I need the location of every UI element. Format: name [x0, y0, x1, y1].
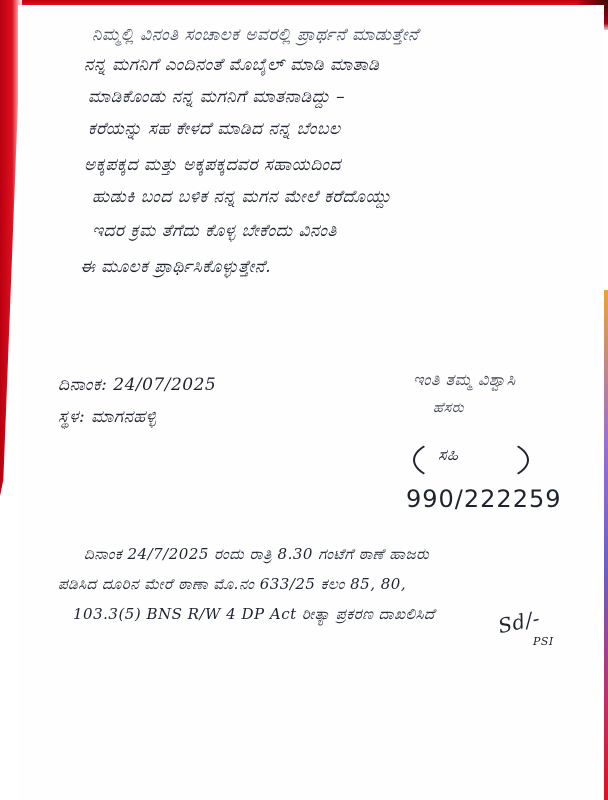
signature-mark: ಸಹಿ — [438, 445, 459, 465]
endorsement-title: PSI — [533, 635, 554, 648]
paper-sheet: ನಿಮ್ಮಲ್ಲಿ ವಿನಂತಿ ಸಂಚಾಲಕ ಅವರಲ್ಲಿ ಪ್ರಾರ್ಥನ… — [18, 5, 604, 800]
signature-closing: ಇಂತಿ ತಮ್ಮ ವಿಶ್ವಾಸಿ — [413, 370, 516, 390]
body-line: ನನ್ನ ಮಗನಿಗೆ ಎಂದಿನಂತೆ ಮೊಬೈಲ್ ಮಾಡಿ ಮಾತಾಡಿ — [84, 55, 379, 75]
body-line: ನಿಮ್ಮಲ್ಲಿ ವಿನಂತಿ ಸಂಚಾಲಕ ಅವರಲ್ಲಿ ಪ್ರಾರ್ಥನ… — [92, 25, 419, 45]
signature-name: ಹೆಸರು — [433, 400, 464, 416]
body-line: ಕರೆಯನ್ನು ಸಹ ಕೇಳದೆ ಮಾಡಿದ ನನ್ನ ಬೆಂಬಲ — [88, 119, 341, 139]
body-line: ಅಕ್ಕಪಕ್ಕದ ಮತ್ತು ಅಕ್ಕಪಕ್ಕದವರ ಸಹಾಯದಿಂದ — [84, 155, 341, 175]
endorsement-line: 103.3(5) BNS R/W 4 DP Act ರೀತ್ಯಾ ಪ್ರಕರಣ … — [73, 605, 435, 623]
body-line: ಇದರ ಕ್ರಮ ತೆಗೆದು ಕೊಳ್ಳ ಬೇಕೆಂದು ವಿನಂತಿ — [92, 221, 337, 241]
body-line: ಹುಡುಕಿ ಬಂದ ಬಳಿಕ ನನ್ನ ಮಗನ ಮೇಲೆ ಕರೆದೊಯ್ದು — [92, 187, 391, 207]
phone-number: 990/222259 — [406, 485, 562, 513]
date-line: ದಿನಾಂಕ: 24/07/2025 — [58, 375, 216, 395]
endorsement-line: ಪಡಿಸಿದ ದೂರಿನ ಮೇರೆ ಠಾಣಾ ಮೊ.ನಂ 633/25 ಕಲಂ … — [58, 575, 406, 593]
signature-parenthesis — [413, 435, 529, 485]
place-line: ಸ್ಥಳ: ಮಾಗನಹಳ್ಳಿ — [58, 407, 157, 427]
endorsement-signature: Sd/- — [496, 606, 542, 638]
colored-backdrop-right — [604, 290, 608, 800]
body-line: ಈ ಮೂಲಕ ಪ್ರಾರ್ಥಿಸಿಕೊಳ್ಳುತ್ತೇನೆ. — [80, 257, 271, 277]
endorsement-line: ದಿನಾಂಕ 24/7/2025 ರಂದು ರಾತ್ರಿ 8.30 ಗಂಟೆಗೆ… — [84, 545, 429, 563]
body-line: ಮಾಡಿಕೊಂಡು ನನ್ನ ಮಗನಿಗೆ ಮಾತನಾಡಿದ್ದು – — [88, 87, 345, 107]
